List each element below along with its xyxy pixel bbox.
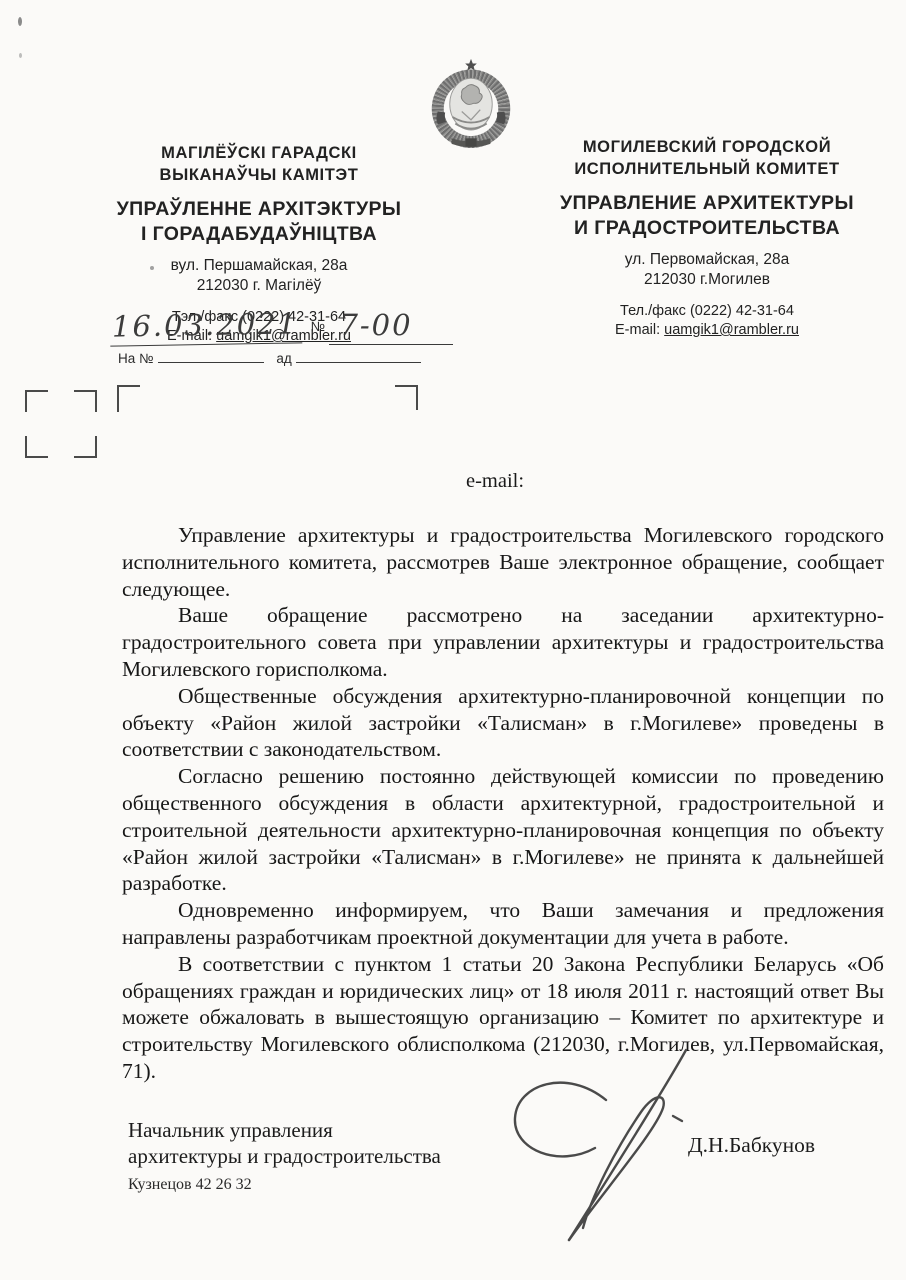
incoming-number-blank xyxy=(158,349,264,363)
letter-body: Управление архитектуры и градостроительс… xyxy=(122,522,884,1085)
street-address-by: вул. Першамайская, 28а xyxy=(88,256,430,276)
addressee-field-corner-mark xyxy=(117,385,140,412)
org-name-line2-by: ВЫКАНАЎЧЫ КАМІТЭТ xyxy=(88,164,430,186)
scan-speck xyxy=(150,266,154,270)
header-russian-column: МОГИЛЕВСКИЙ ГОРОДСКОЙ ИСПОЛНИТЕЛЬНЫЙ КОМ… xyxy=(533,136,881,340)
executor-note: Кузнецов 42 26 32 xyxy=(128,1172,441,1198)
stamp-box-corner-mark xyxy=(74,436,97,458)
scan-speck xyxy=(18,17,22,26)
dept-name-line1-by: УПРАЎЛЕННЕ АРХІТЭКТУРЫ xyxy=(88,197,430,222)
dept-name-line2-ru: И ГРАДОСТРОИТЕЛЬСТВА xyxy=(533,216,881,241)
city-address-by: 212030 г. Магілёў xyxy=(88,276,430,296)
dept-name-line1-ru: УПРАВЛЕНИЕ АРХИТЕКТУРЫ xyxy=(533,191,881,216)
from-date-label: ад xyxy=(276,351,291,366)
email-address-ru: uamgik1@rambler.ru xyxy=(664,322,799,338)
stamp-box-corner-mark xyxy=(25,390,48,412)
body-paragraph: Ваше обращение рассмотрено на заседании … xyxy=(122,602,884,682)
phone-fax-ru: Тел./факс (0222) 42-31-64 xyxy=(533,302,881,321)
city-address-ru: 212030 г.Могилев xyxy=(533,270,881,290)
body-paragraph: Общественные обсуждения архитектурно-пла… xyxy=(122,683,884,763)
addressee-field-corner-mark xyxy=(395,385,418,410)
from-date-blank xyxy=(296,349,421,363)
signatory-position-line1: Начальник управления xyxy=(128,1117,441,1143)
scanned-letter-page: МАГІЛЁЎСКІ ГАРАДСКІ ВЫКАНАЎЧЫ КАМІТЭТ УП… xyxy=(0,0,906,1280)
body-paragraph: Управление архитектуры и градостроительс… xyxy=(122,522,884,602)
outgoing-date-handwritten: 16.03.2021 xyxy=(110,306,303,346)
recipient-email-label: e-mail: xyxy=(466,470,524,493)
street-address-ru: ул. Первомайская, 28а xyxy=(533,250,881,270)
number-sign-label: № xyxy=(311,319,325,334)
incoming-number-label: На № xyxy=(118,351,154,366)
org-name-line1-ru: МОГИЛЕВСКИЙ ГОРОДСКОЙ xyxy=(533,136,881,158)
stamp-box-corner-mark xyxy=(74,390,97,412)
incoming-reference-row: На № ад xyxy=(118,349,421,368)
signature-flourish-mark xyxy=(503,1040,703,1250)
org-name-line1-by: МАГІЛЁЎСКІ ГАРАДСКІ xyxy=(88,142,430,164)
signatory-position-block: Начальник управления архитектуры и градо… xyxy=(128,1117,441,1198)
email-label-ru: E-mail: xyxy=(615,322,660,338)
outgoing-reference-row: 16.03.2021 № 7-00 xyxy=(110,308,453,345)
body-paragraph: Согласно решению постоянно действующей к… xyxy=(122,763,884,897)
signatory-position-line2: архитектуры и градостроительства xyxy=(128,1143,441,1169)
email-row-ru: E-mail: uamgik1@rambler.ru xyxy=(533,321,881,340)
belarus-coat-of-arms-icon xyxy=(424,58,518,154)
stamp-box-corner-mark xyxy=(25,436,48,458)
org-name-line2-ru: ИСПОЛНИТЕЛЬНЫЙ КОМИТЕТ xyxy=(533,158,881,180)
signatory-name: Д.Н.Бабкунов xyxy=(688,1133,815,1158)
scan-speck xyxy=(19,53,22,58)
dept-name-line2-by: І ГОРАДАБУДАЎНІЦТВА xyxy=(88,222,430,247)
outgoing-number-handwritten: 7-00 xyxy=(329,308,453,345)
body-paragraph: Одновременно информируем, что Ваши замеч… xyxy=(122,897,884,951)
